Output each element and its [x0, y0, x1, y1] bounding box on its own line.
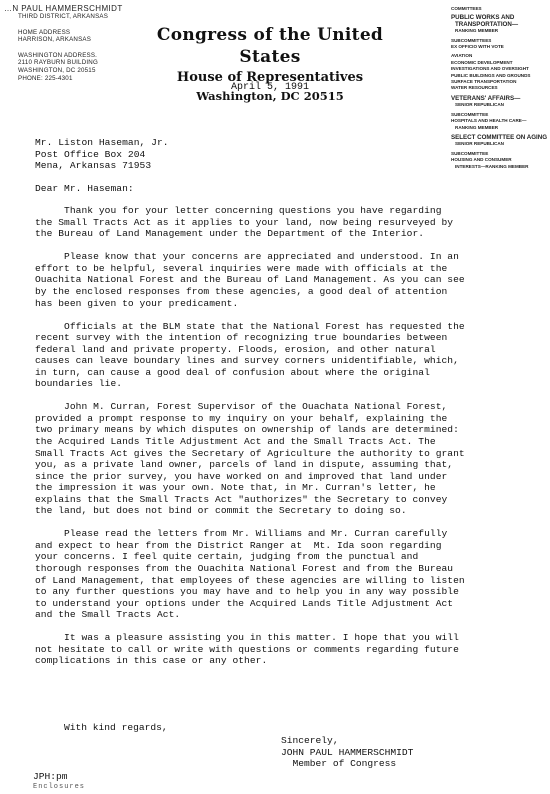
body-line: you, as a private land owner, parcels of…: [35, 459, 545, 471]
body-line: the Bureau of Land Management under the …: [35, 228, 545, 240]
body-line: since the prior survey, you have worked …: [35, 471, 545, 483]
body-line: boundaries lie.: [35, 378, 545, 390]
body-line: the Acquired Lands Title Adjustment Act …: [35, 436, 545, 448]
body-line: provided a prompt response to my inquiry…: [35, 413, 545, 425]
body-paragraph: Officials at the BLM state that the Nati…: [35, 321, 545, 390]
body-line: Thank you for your letter concerning que…: [35, 205, 545, 217]
recipient-city: Mena, Arkansas 71953: [35, 160, 545, 172]
body-line: by the enclosed responses from these age…: [35, 286, 545, 298]
body-line: to any further questions you may have an…: [35, 586, 545, 598]
body-line: and the Small Tracts Act.: [35, 609, 545, 621]
body-line: It was a pleasure assisting you in this …: [35, 632, 545, 644]
committee-line: Ranking Member: [451, 28, 550, 34]
body-paragraph: Please know that your concerns are appre…: [35, 251, 545, 309]
body-line: Please read the letters from Mr. William…: [35, 528, 545, 540]
district: Third District, Arkansas: [4, 13, 134, 21]
body-line: in turn, can cause a good deal of confus…: [35, 367, 545, 379]
committees-label: Committees: [451, 6, 550, 12]
masthead-congress: Congress of the United States: [130, 24, 410, 68]
washington-address-line: 2110 Rayburn Building: [4, 59, 134, 67]
letterhead-left: …N PAUL HAMMERSCHMIDT Third District, Ar…: [4, 4, 134, 82]
signature-block: Sincerely, JOHN PAUL HAMMERSCHMIDT Membe…: [281, 735, 413, 770]
recipient-address: Mr. Liston Haseman, Jr. Post Office Box …: [35, 137, 545, 172]
body-line: effort to be helpful, several inquiries …: [35, 263, 545, 275]
body-line: the land, but does not bind or commit th…: [35, 505, 545, 517]
body-line: the Small Tracts Act as it applies to yo…: [35, 217, 545, 229]
body-line: John M. Curran, Forest Supervisor of the…: [35, 401, 545, 413]
paragraphs: Thank you for your letter concerning que…: [35, 205, 545, 667]
body-line: Small Tracts Act gives the Secretary of …: [35, 448, 545, 460]
body-line: recent survey with the intention of reco…: [35, 332, 545, 344]
body-paragraph: John M. Curran, Forest Supervisor of the…: [35, 401, 545, 516]
body-line: the impression it was your own. Note tha…: [35, 482, 545, 494]
committee-line: Water Resources: [451, 85, 550, 91]
body-line: of Land Management, that employees of th…: [35, 575, 545, 587]
typist-initials-block: JPH:pm Enclosures: [33, 771, 85, 793]
body-line: explains that the Small Tracts Act "auth…: [35, 494, 545, 506]
body-line: Please know that your concerns are appre…: [35, 251, 545, 263]
body-paragraph: It was a pleasure assisting you in this …: [35, 632, 545, 667]
committee-line: Ex Officio with Vote: [451, 44, 550, 50]
home-address-city: Harrison, Arkansas: [4, 36, 134, 44]
member-name-header: …N PAUL HAMMERSCHMIDT: [4, 4, 134, 13]
body-line: to understand your options under the Acq…: [35, 598, 545, 610]
body-paragraph: Please read the letters from Mr. William…: [35, 528, 545, 620]
body-line: your concerns. I feel quite certain, jud…: [35, 551, 545, 563]
enclosures-note: Enclosures: [33, 782, 85, 793]
body-paragraph: Thank you for your letter concerning que…: [35, 205, 545, 240]
letter-date: April 5, 1991: [130, 82, 410, 94]
body-line: federal land and private property. Flood…: [35, 344, 545, 356]
body-line: causes can leave boundary lines and surv…: [35, 355, 545, 367]
recipient-street: Post Office Box 204: [35, 149, 545, 161]
signer-title: Member of Congress: [281, 758, 413, 770]
letter-body: Mr. Liston Haseman, Jr. Post Office Box …: [35, 137, 545, 678]
home-address-label: Home Address: [4, 29, 134, 37]
recipient-name: Mr. Liston Haseman, Jr.: [35, 137, 545, 149]
washington-address-phone: Phone: 225-4301: [4, 75, 134, 83]
salutation: Dear Mr. Haseman:: [35, 183, 545, 195]
body-line: thorough responses from the Ouachita Nat…: [35, 563, 545, 575]
body-line: and expect to hear from the District Ran…: [35, 540, 545, 552]
body-line: has been given to your predicament.: [35, 298, 545, 310]
committee-line: Ranking Member: [451, 125, 550, 131]
signer-name: JOHN PAUL HAMMERSCHMIDT: [281, 747, 413, 759]
washington-address-label: Washington Address.: [4, 52, 134, 60]
typist-initials: JPH:pm: [33, 771, 85, 782]
closing: Sincerely,: [281, 735, 413, 747]
regards: With kind regards,: [64, 722, 168, 733]
washington-address-line: Washington, DC 20515: [4, 67, 134, 75]
body-line: complications in this case or any other.: [35, 655, 545, 667]
body-line: Ouachita National Forest and the Bureau …: [35, 274, 545, 286]
body-line: two primary means by which disputes on o…: [35, 424, 545, 436]
committee-line: Senior Republican: [451, 102, 550, 108]
body-line: not hesitate to call or write with quest…: [35, 644, 545, 656]
body-line: Officials at the BLM state that the Nati…: [35, 321, 545, 333]
